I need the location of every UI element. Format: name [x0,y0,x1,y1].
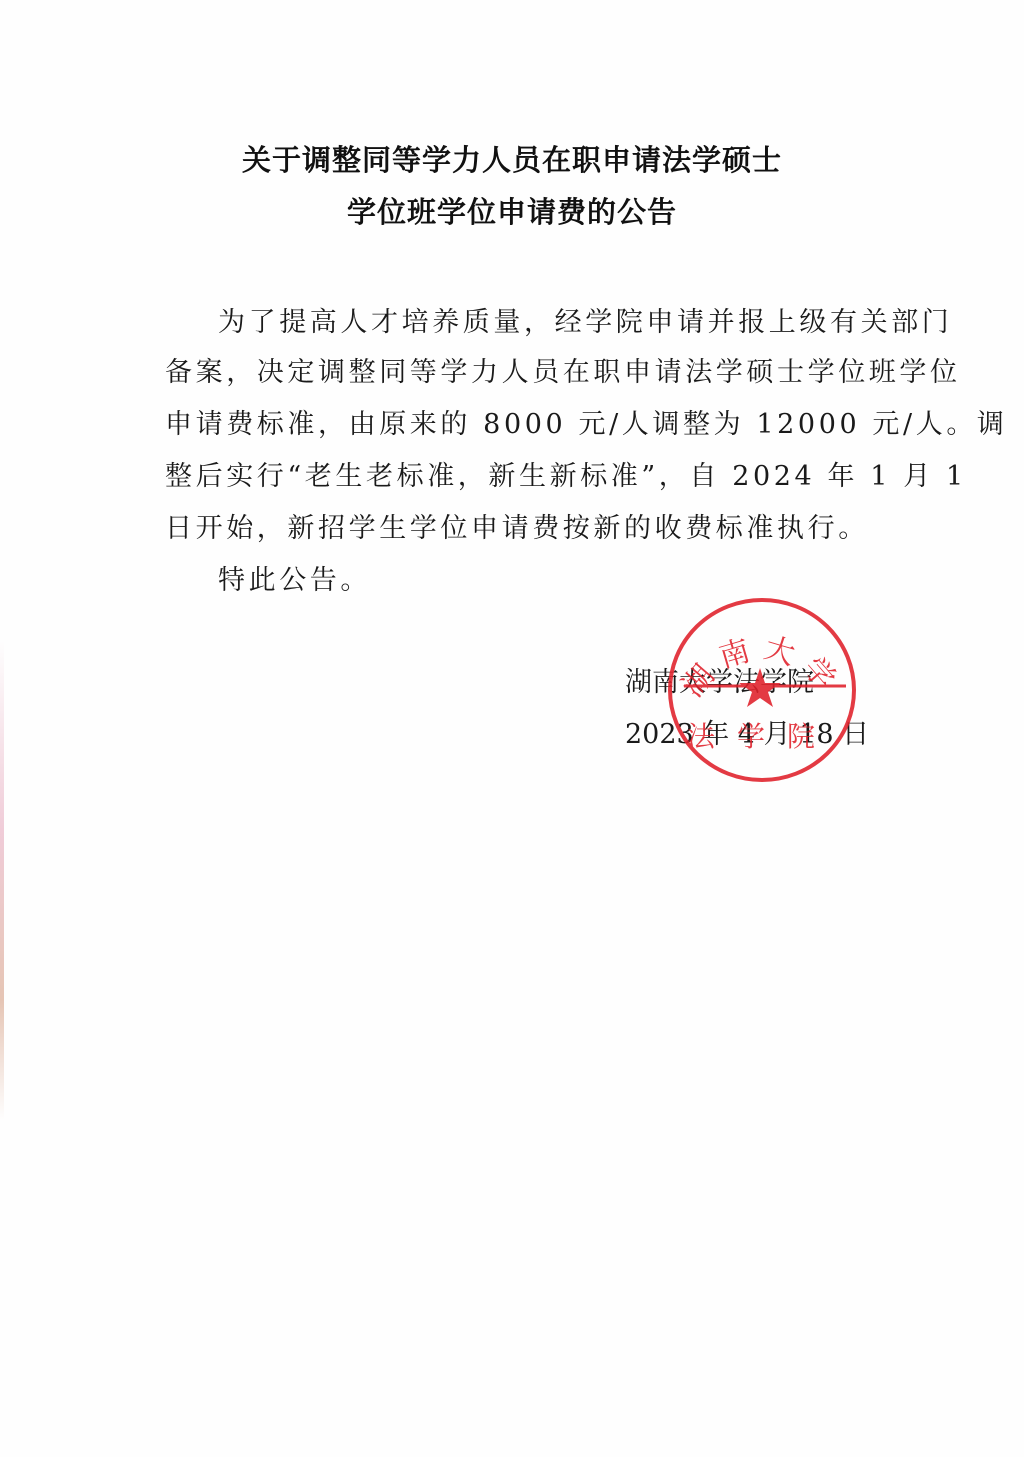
body-paragraph-line-2: 备案，决定调整同等学力人员在职申请法学硕士学位班学位 [165,350,961,389]
body-paragraph-line-4: 整后实行“老生老标准，新生新标准”，自 2024 年 1 月 1 [165,454,967,493]
signature-organization: 湖南大学法学院 [625,660,814,699]
body-paragraph-line-1: 为了提高人才培养质量，经学院申请并报上级有关部门 [218,300,952,339]
body-paragraph-line-5: 日开始，新招学生学位申请费按新的收费标准执行。 [165,506,869,545]
body-paragraph-line-3: 申请费标准，由原来的 8000 元/人调整为 12000 元/人。调 [165,402,1008,441]
document-page: 关于调整同等学力人员在职申请法学硕士 学位班学位申请费的公告 为了提高人才培养质… [0,0,1024,1457]
document-title-line-2: 学位班学位申请费的公告 [0,190,1024,231]
closing-statement: 特此公告。 [218,558,371,597]
signature-date: 2023 年 4 月 18 日 [625,712,869,751]
scan-edge-artifact [0,640,4,1120]
document-title-line-1: 关于调整同等学力人员在职申请法学硕士 [0,138,1024,179]
